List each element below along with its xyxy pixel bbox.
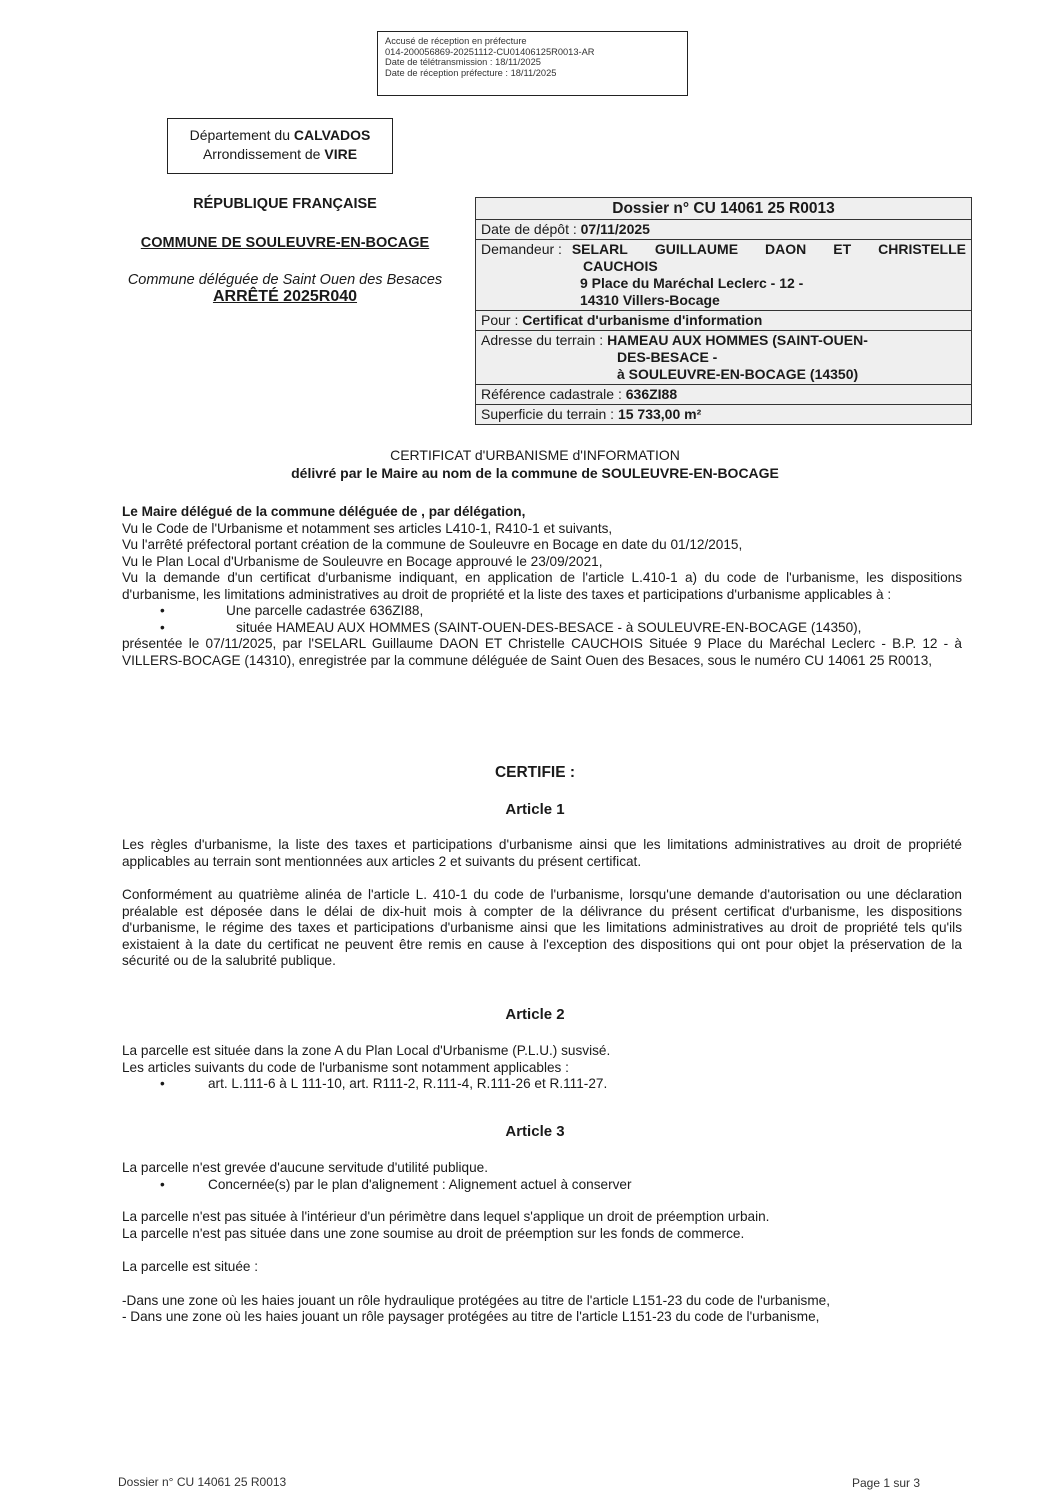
list-item: • Une parcelle cadastrée 636ZI88, bbox=[122, 603, 962, 620]
bullet-text: Concernée(s) par le plan d'alignement : … bbox=[200, 1177, 631, 1194]
certifie-heading: CERTIFIE : bbox=[110, 764, 960, 782]
cadastral-value: 636ZI88 bbox=[626, 386, 677, 402]
applicant-word: CHRISTELLE bbox=[878, 241, 966, 258]
dossier-title: Dossier n° CU 14061 25 R0013 bbox=[476, 198, 971, 219]
deposit-date-row: Date de dépôt : 07/11/2025 bbox=[476, 219, 971, 239]
applicant-word: DAON bbox=[765, 241, 806, 258]
article-3-body: La parcelle n'est grevée d'aucune servit… bbox=[122, 1160, 962, 1326]
applicant-label: Demandeur : bbox=[481, 241, 566, 258]
article-2-body: La parcelle est située dans la zone A du… bbox=[122, 1043, 962, 1093]
vu-line: Vu l'arrêté préfectoral portant création… bbox=[122, 537, 962, 554]
applicant-word: ET bbox=[833, 241, 851, 258]
article-1-title: Article 1 bbox=[110, 801, 960, 818]
certificate-title: CERTIFICAT d'URBANISME d'INFORMATION bbox=[110, 447, 960, 463]
commune-heading: COMMUNE DE SOULEUVRE-EN-BOCAGE bbox=[100, 235, 470, 251]
purpose-row: Pour : Certificat d'urbanisme d'informat… bbox=[476, 310, 971, 330]
applicant-word: SELARL bbox=[572, 241, 628, 258]
bullet-text: située HAMEAU AUX HOMMES (SAINT-OUEN-DES… bbox=[200, 620, 962, 637]
reception-stamp: Accusé de réception en préfecture 014-20… bbox=[377, 31, 688, 96]
cadastral-row: Référence cadastrale : 636ZI88 bbox=[476, 384, 971, 404]
arrondissement-name: VIRE bbox=[324, 146, 357, 162]
bullet-text: Une parcelle cadastrée 636ZI88, bbox=[200, 603, 423, 620]
bullet-icon: • bbox=[122, 1177, 200, 1194]
maire-line: Le Maire délégué de la commune déléguée … bbox=[122, 504, 962, 521]
applicant-address1: 9 Place du Maréchal Leclerc - 12 - bbox=[481, 275, 966, 292]
certificate-subtitle: délivré par le Maire au nom de la commun… bbox=[110, 465, 960, 481]
cadastral-label: Référence cadastrale : bbox=[481, 386, 626, 402]
presented-paragraph: présentée le 07/11/2025, par l'SELARL Gu… bbox=[122, 636, 962, 669]
article-3-line: La parcelle n'est pas située à l'intérie… bbox=[122, 1209, 962, 1226]
deposit-date-value: 07/11/2025 bbox=[581, 221, 650, 237]
area-row: Superficie du terrain : 15 733,00 m² bbox=[476, 404, 971, 424]
area-value: 15 733,00 m² bbox=[618, 406, 701, 422]
land-address-line2: DES-BESACE - bbox=[481, 349, 966, 366]
republic-heading: RÉPUBLIQUE FRANÇAISE bbox=[100, 196, 470, 212]
article-3-line: -Dans une zone où les haies jouant un rô… bbox=[122, 1293, 962, 1310]
purpose-value: Certificat d'urbanisme d'information bbox=[522, 312, 762, 328]
land-address-line3: à SOULEUVRE-EN-BOCAGE (14350) bbox=[481, 366, 966, 383]
stamp-line: Date de réception préfecture : 18/11/202… bbox=[385, 68, 687, 79]
article-1-paragraph-2: Conformément au quatrième alinéa de l'ar… bbox=[122, 887, 962, 970]
arrondissement-prefix: Arrondissement de bbox=[203, 146, 324, 162]
bullet-icon: • bbox=[122, 1076, 200, 1093]
arrete-number: ARRÊTÉ 2025R040 bbox=[100, 288, 470, 306]
applicant-word: GUILLAUME bbox=[655, 241, 738, 258]
vu-line: Vu le Code de l'Urbanisme et notamment s… bbox=[122, 521, 962, 538]
page-number: Page 1 sur 3 bbox=[852, 1476, 920, 1490]
purpose-label: Pour : bbox=[481, 312, 522, 328]
dossier-info-box: Dossier n° CU 14061 25 R0013 Date de dép… bbox=[475, 197, 972, 425]
land-address-label: Adresse du terrain : bbox=[481, 332, 607, 348]
article-3-line: La parcelle n'est pas située dans une zo… bbox=[122, 1226, 962, 1243]
vu-line: Vu la demande d'un certificat d'urbanism… bbox=[122, 570, 962, 603]
applicant-name-line1: SELARL GUILLAUME DAON ET CHRISTELLE bbox=[566, 241, 966, 258]
deposit-date-label: Date de dépôt : bbox=[481, 221, 581, 237]
bullet-icon: • bbox=[122, 603, 200, 620]
article-2-line: La parcelle est située dans la zone A du… bbox=[122, 1043, 962, 1060]
vu-line: Vu le Plan Local d'Urbanisme de Souleuvr… bbox=[122, 554, 962, 571]
department-name: CALVADOS bbox=[294, 127, 370, 143]
bullet-icon: • bbox=[122, 620, 200, 637]
stamp-line: Date de télétransmission : 18/11/2025 bbox=[385, 57, 687, 68]
footer-dossier-number: Dossier n° CU 14061 25 R0013 bbox=[118, 1475, 286, 1489]
list-item: • Concernée(s) par le plan d'alignement … bbox=[122, 1177, 962, 1194]
applicant-row: Demandeur : SELARL GUILLAUME DAON ET CHR… bbox=[476, 239, 971, 310]
applicant-address2: 14310 Villers-Bocage bbox=[481, 292, 966, 309]
list-item: • art. L.111-6 à L 111-10, art. R111-2, … bbox=[122, 1076, 962, 1093]
article-2-line: Les articles suivants du code de l'urban… bbox=[122, 1060, 962, 1077]
article-3-line: La parcelle est située : bbox=[122, 1259, 962, 1276]
department-prefix: Département du bbox=[190, 127, 294, 143]
article-2-title: Article 2 bbox=[110, 1006, 960, 1023]
applicant-name-line2: CAUCHOIS bbox=[481, 258, 966, 275]
stamp-line: Accusé de réception en préfecture bbox=[385, 36, 687, 47]
stamp-line: 014-200056869-20251112-CU01406125R0013-A… bbox=[385, 47, 687, 58]
department-box: Département du CALVADOS Arrondissement d… bbox=[167, 118, 393, 174]
delegated-commune: Commune déléguée de Saint Ouen des Besac… bbox=[100, 272, 470, 288]
article-3-title: Article 3 bbox=[110, 1123, 960, 1140]
area-label: Superficie du terrain : bbox=[481, 406, 618, 422]
land-address-line1: HAMEAU AUX HOMMES (SAINT-OUEN- bbox=[607, 332, 868, 348]
article-1-paragraph-1: Les règles d'urbanisme, la liste des tax… bbox=[122, 837, 962, 870]
list-item: • située HAMEAU AUX HOMMES (SAINT-OUEN-D… bbox=[122, 620, 962, 637]
article-3-line: La parcelle n'est grevée d'aucune servit… bbox=[122, 1160, 962, 1177]
land-address-row: Adresse du terrain : HAMEAU AUX HOMMES (… bbox=[476, 330, 971, 384]
article-3-line: - Dans une zone où les haies jouant un r… bbox=[122, 1309, 962, 1326]
preamble: Le Maire délégué de la commune déléguée … bbox=[122, 504, 962, 669]
bullet-text: art. L.111-6 à L 111-10, art. R111-2, R.… bbox=[200, 1076, 607, 1093]
